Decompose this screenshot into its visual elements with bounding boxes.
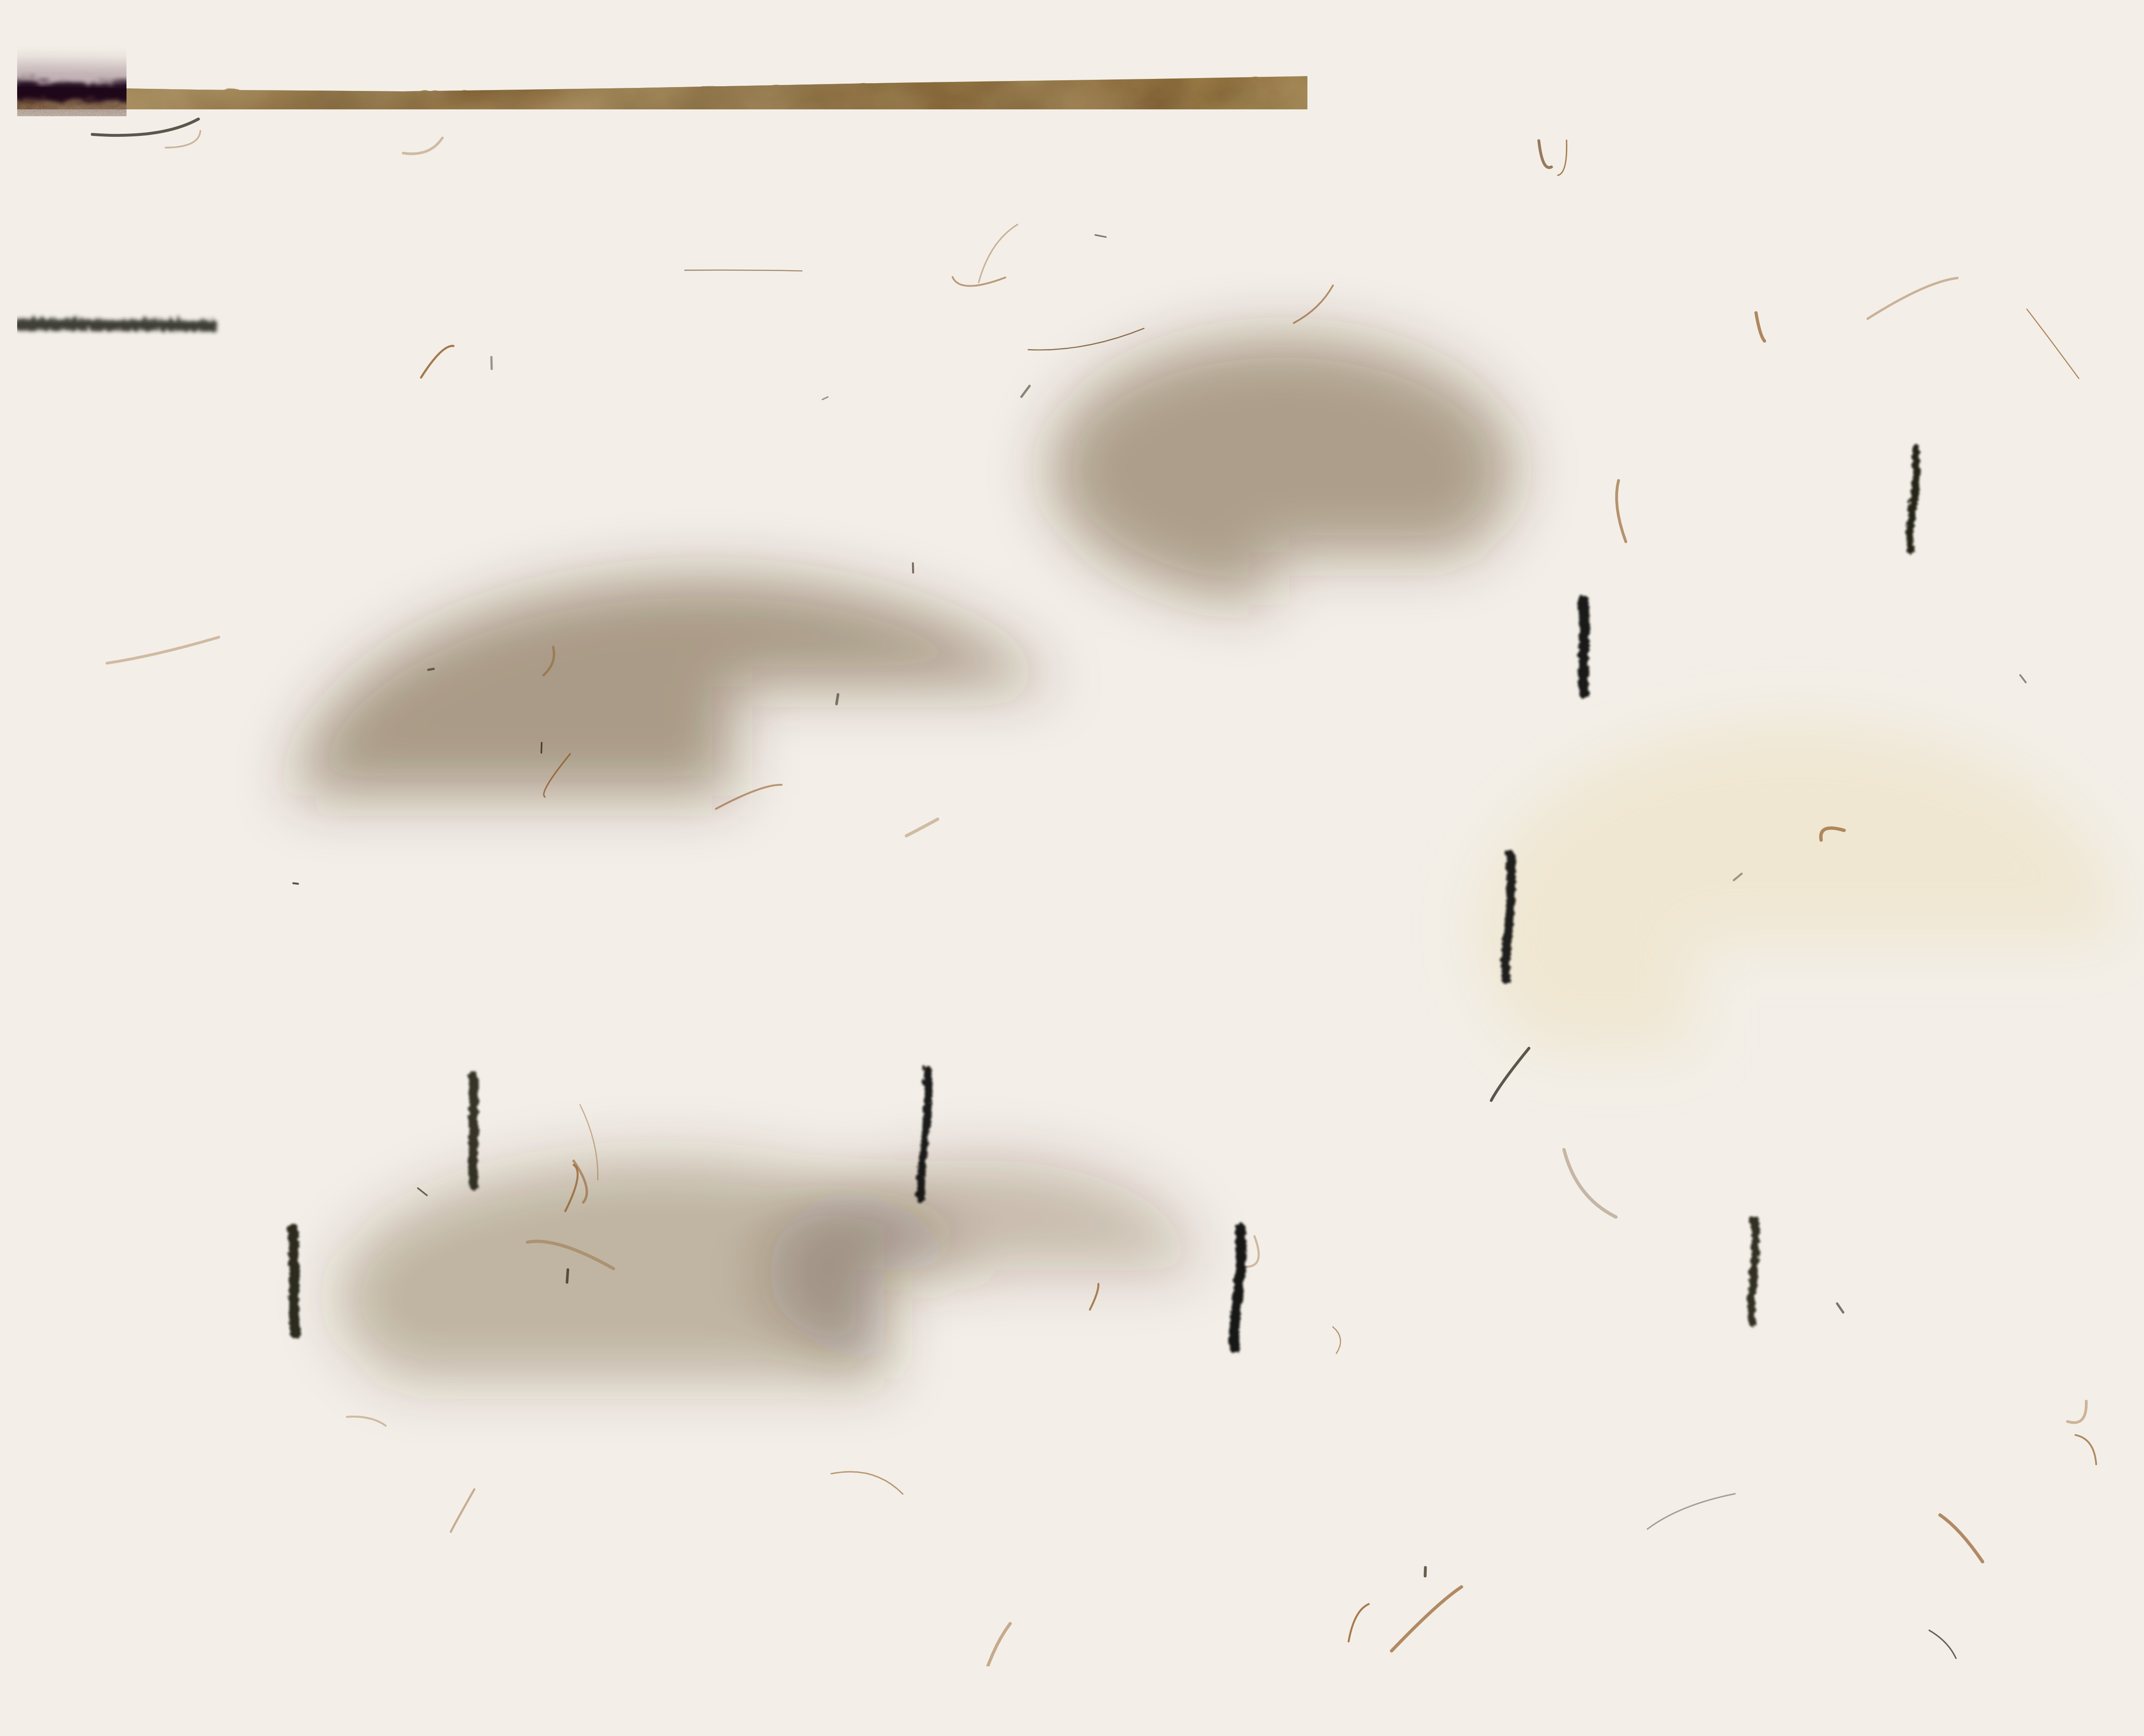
- glyph-stroke: [1466, 1064, 1467, 1103]
- glyph-stroke: [48, 472, 54, 473]
- glyph-stroke: [1376, 1054, 1381, 1094]
- glyph-stroke: [1146, 1241, 1150, 1243]
- glyph-stroke: [957, 1093, 964, 1094]
- glyph-stroke: [1806, 1252, 1813, 1255]
- glyph-stroke: [337, 585, 342, 637]
- glyph-stroke: [268, 1218, 271, 1258]
- glyph-stroke: [360, 616, 363, 688]
- glyph-stroke: [340, 916, 343, 957]
- glyph-stroke: [501, 788, 504, 792]
- glyph-stroke: [28, 771, 31, 865]
- charcoal-smear: [1904, 636, 2144, 639]
- glyph-stroke: [1253, 596, 1256, 637]
- glyph-stroke: [1503, 628, 1513, 632]
- glyph-stroke: [609, 911, 611, 958]
- glyph-stroke: [1568, 1227, 1571, 1264]
- glyph-stroke: [1925, 449, 1926, 496]
- glyph-stroke: [1698, 1060, 1701, 1103]
- glyph-stroke: [1092, 434, 1094, 484]
- glyph-stroke: [2052, 773, 2060, 777]
- glyph-stroke: [703, 446, 707, 486]
- glyph-stroke: [1308, 1081, 1312, 1196]
- glyph-stroke: [1168, 449, 1168, 480]
- glyph-stroke: [48, 1064, 51, 1116]
- glyph-stroke: [299, 432, 299, 482]
- glyph-stroke: [1461, 1081, 1464, 1168]
- glyph-stroke: [468, 749, 469, 799]
- glyph-stroke: [1798, 607, 1802, 644]
- bold-ink-stroke: [472, 1075, 473, 1184]
- glyph-stroke: [1200, 904, 1204, 946]
- glyph-stroke: [712, 1236, 723, 1240]
- glyph-stroke: [1671, 1054, 1672, 1100]
- glyph-stroke: [1017, 464, 1023, 468]
- glyph-stroke: [1593, 1066, 1593, 1102]
- glyph-stroke: [146, 626, 151, 628]
- glyph-stroke: [1733, 619, 1737, 737]
- glyph-stroke: [1511, 764, 1511, 801]
- glyph-stroke: [1310, 787, 1319, 790]
- glyph-stroke: [1126, 938, 1132, 939]
- glyph-stroke: [869, 469, 872, 530]
- glyph-stroke: [1351, 927, 1353, 998]
- glyph-stroke: [1316, 927, 1325, 929]
- glyph-stroke: [54, 781, 60, 782]
- glyph-stroke: [1840, 1084, 1845, 1200]
- charcoal-smear: [146, 1254, 853, 1258]
- glyph-stroke: [456, 599, 458, 633]
- charcoal-smear: [1304, 947, 1840, 949]
- glyph-stroke: [1596, 454, 1598, 488]
- glyph-stroke: [36, 435, 39, 491]
- glyph-stroke: [383, 911, 384, 960]
- glyph-stroke: [1910, 777, 1915, 778]
- bold-ink-stroke: [1149, 603, 1150, 704]
- bottom-right-smudge: [2063, 1583, 2144, 1588]
- glyph-stroke: [815, 464, 822, 464]
- glyph-stroke: [2054, 1089, 2063, 1093]
- glyph-stroke: [172, 1221, 173, 1257]
- glyph-stroke: [1067, 445, 1069, 487]
- glyph-stroke: [2063, 595, 2066, 648]
- glyph-stroke: [547, 1074, 549, 1112]
- manuscript-scene: [17, 7, 2144, 1729]
- glyph-stroke: [1958, 481, 1963, 482]
- glyph-stroke: [641, 1212, 644, 1250]
- glyph-stroke: [1638, 763, 1641, 802]
- paper-interior: [17, 7, 2144, 1729]
- glyph-stroke: [1309, 925, 1313, 984]
- glyph-stroke: [1802, 903, 1804, 949]
- glyph-stroke: [1369, 755, 1370, 801]
- glyph-stroke: [799, 1203, 799, 1248]
- bold-ink-stroke: [1126, 425, 1130, 528]
- glyph-stroke: [311, 1088, 314, 1176]
- glyph-stroke: [888, 1242, 894, 1242]
- glyph-stroke: [83, 919, 85, 963]
- glyph-stroke: [165, 476, 167, 546]
- glyph-stroke: [482, 750, 483, 798]
- glyph-stroke: [2051, 637, 2055, 638]
- glyph-stroke: [1797, 907, 1798, 951]
- glyph-stroke: [1587, 475, 1590, 527]
- glyph-stroke: [1256, 795, 1259, 797]
- glyph-stroke: [2127, 461, 2130, 497]
- glyph-stroke: [432, 599, 433, 635]
- glyph-stroke: [1168, 599, 1169, 636]
- glyph-stroke: [1794, 1056, 1795, 1104]
- glyph-stroke: [1904, 921, 1906, 999]
- glyph-stroke: [1397, 592, 1398, 635]
- glyph-stroke: [1084, 908, 1085, 948]
- glyph-stroke: [492, 602, 494, 639]
- glyph-stroke: [458, 785, 464, 788]
- glyph-stroke: [760, 763, 761, 802]
- glyph-stroke: [1950, 1051, 1954, 1104]
- grain-mid: [17, 7, 2144, 1729]
- glyph-stroke: [1394, 1088, 1400, 1089]
- glyph-stroke: [994, 446, 996, 485]
- charcoal-smear: [1861, 788, 2144, 790]
- bold-ink-stroke: [412, 736, 415, 877]
- bold-ink-stroke: [292, 1227, 294, 1332]
- bold-ink-stroke: [251, 749, 253, 845]
- glyph-stroke: [2064, 462, 2065, 494]
- charcoal-smear: [146, 788, 982, 789]
- charcoal-smear: [94, 488, 746, 488]
- glyph-stroke: [400, 777, 401, 882]
- glyph-stroke: [908, 468, 910, 591]
- manuscript-photograph: [17, 7, 2144, 1729]
- glyph-stroke: [473, 470, 479, 473]
- glyph-stroke: [1414, 898, 1415, 947]
- glyph-stroke: [800, 593, 802, 634]
- bold-ink-stroke: [1582, 599, 1584, 693]
- glyph-stroke: [1442, 1062, 1446, 1098]
- bold-ink-stroke: [169, 712, 175, 858]
- glyph-stroke: [107, 607, 108, 645]
- glyph-stroke: [1949, 775, 1957, 775]
- glyph-stroke: [1628, 1250, 1634, 1252]
- glyph-stroke: [2042, 478, 2047, 479]
- glyph-stroke: [190, 943, 197, 944]
- glyph-stroke: [60, 1068, 62, 1118]
- glyph-stroke: [1045, 618, 1053, 618]
- glyph-stroke: [1784, 756, 1787, 795]
- glyph-stroke: [1891, 486, 1895, 489]
- glyph-stroke: [181, 919, 182, 959]
- glyph-stroke: [1466, 923, 1474, 926]
- glyph-stroke: [650, 1075, 653, 1107]
- glyph-stroke: [826, 621, 836, 622]
- bold-ink-stroke: [729, 425, 732, 515]
- bold-ink-stroke: [1750, 1218, 1754, 1321]
- glyph-stroke: [1833, 440, 1834, 492]
